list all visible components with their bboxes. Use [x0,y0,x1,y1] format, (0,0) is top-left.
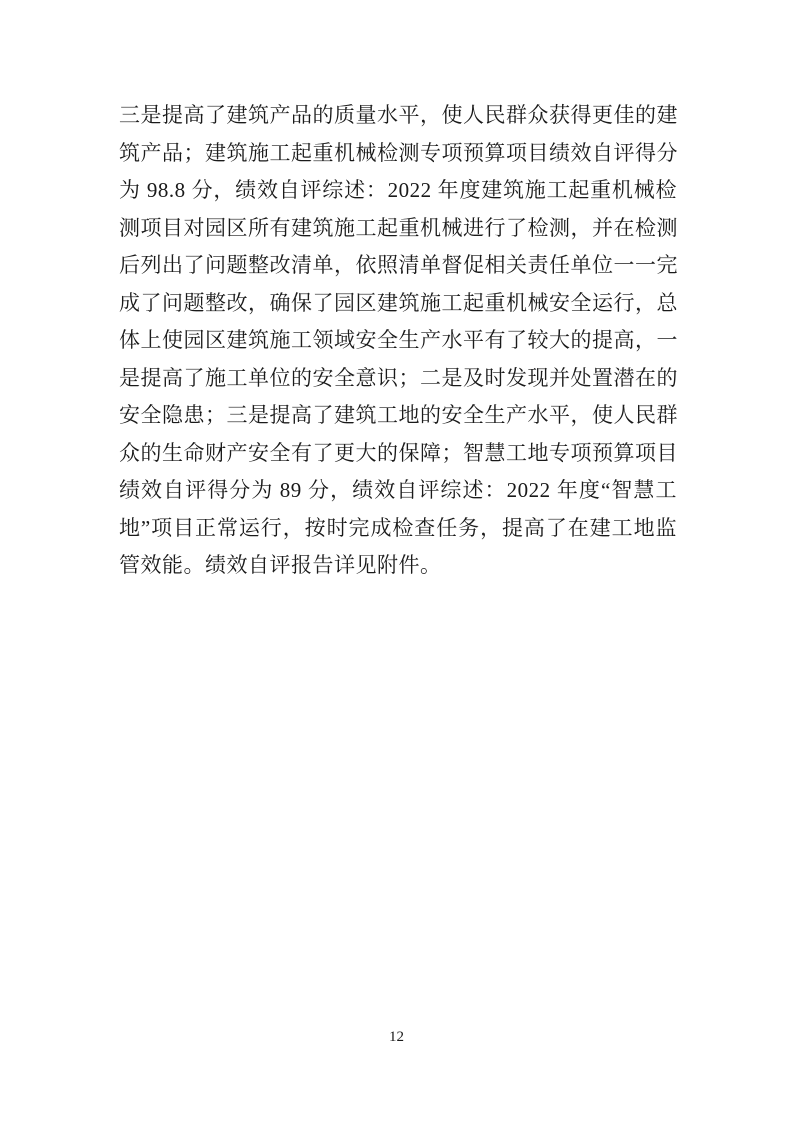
text-line: 测项目对园区所有建筑施工起重机械进行了检测，并在检测 [119,210,677,248]
text-line: 为 98.8 分，绩效自评综述：2022 年度建筑施工起重机械检 [119,172,677,210]
text-line: 安全隐患；三是提高了建筑工地的安全生产水平，使人民群 [119,397,677,435]
text-line: 众的生命财产安全有了更大的保障；智慧工地专项预算项目 [119,435,677,473]
text-line: 是提高了施工单位的安全意识；二是及时发现并处置潜在的 [119,360,677,398]
page-number: 12 [0,1028,793,1046]
body-paragraph: 三是提高了建筑产品的质量水平，使人民群众获得更佳的建 筑产品；建筑施工起重机械检… [119,97,677,585]
text-line: 体上使园区建筑施工领域安全生产水平有了较大的提高，一 [119,322,677,360]
text-line: 筑产品；建筑施工起重机械检测专项预算项目绩效自评得分 [119,135,677,173]
text-line: 后列出了问题整改清单，依照清单督促相关责任单位一一完 [119,247,677,285]
text-line: 管效能。绩效自评报告详见附件。 [119,547,677,585]
document-page: 三是提高了建筑产品的质量水平，使人民群众获得更佳的建 筑产品；建筑施工起重机械检… [0,0,793,1122]
text-line: 地”项目正常运行，按时完成检查任务，提高了在建工地监 [119,510,677,548]
text-line: 成了问题整改，确保了园区建筑施工起重机械安全运行，总 [119,285,677,323]
text-line: 绩效自评得分为 89 分，绩效自评综述：2022 年度“智慧工 [119,472,677,510]
text-line: 三是提高了建筑产品的质量水平，使人民群众获得更佳的建 [119,97,677,135]
